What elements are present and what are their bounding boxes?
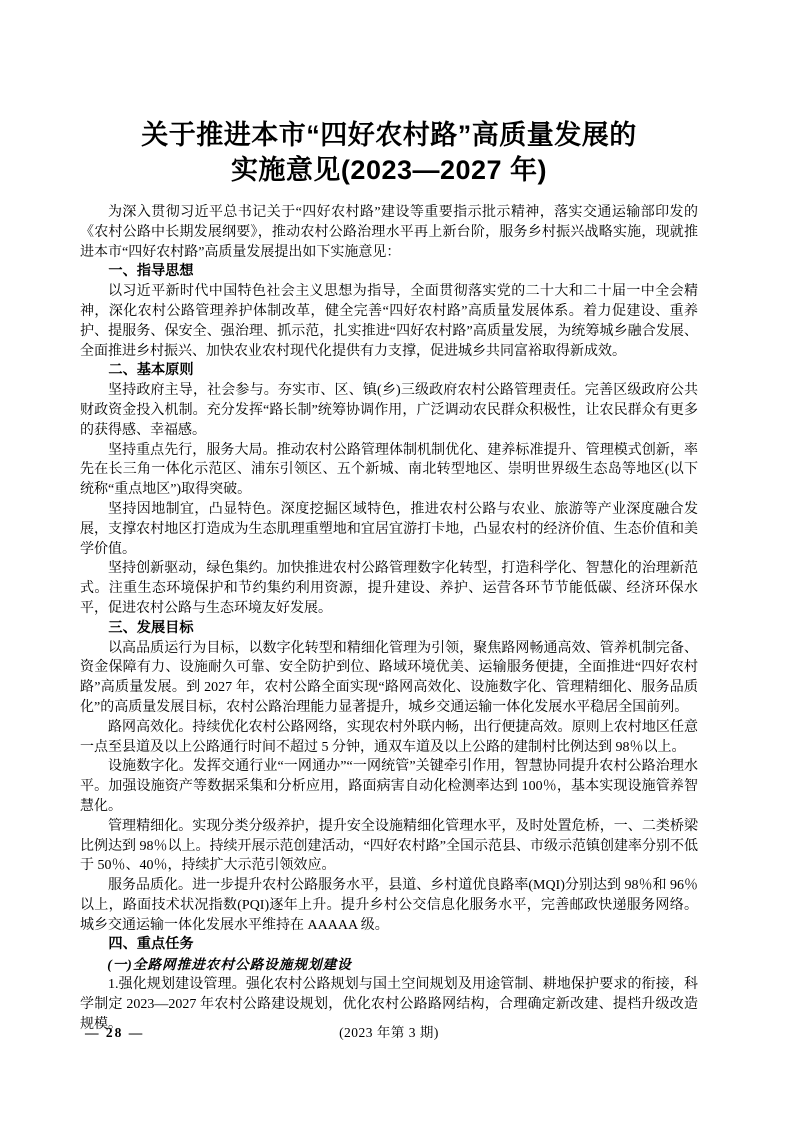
document-title-line1: 关于推进本市“四好农村路”高质量发展的 bbox=[80, 118, 698, 153]
paragraph-goal-network-efficiency: 路网高效化。持续优化农村公路网络，实现农村外联内畅，出行便捷高效。原则上农村地区… bbox=[80, 718, 698, 758]
paragraph-principle-key-priorities: 坚持重点先行，服务大局。推动农村公路管理体制机制优化、建养标准提升、管理模式创新… bbox=[80, 441, 698, 500]
document-body: 为深入贯彻习近平总书记关于“四好农村路”建设等重要指示批示精神，落实交通运输部印… bbox=[80, 203, 698, 1034]
paragraph-goal-refined-management: 管理精细化。实现分类分级养护，提升安全设施精细化管理水平，及时处置危桥，一、二类… bbox=[80, 817, 698, 876]
document-page: 关于推进本市“四好农村路”高质量发展的 实施意见(2023—2027 年) 为深… bbox=[80, 0, 698, 1034]
heading-key-tasks: 四、重点任务 bbox=[80, 935, 698, 955]
page-number: — 28 — bbox=[85, 1024, 144, 1042]
document-title-line2: 实施意见(2023—2027 年) bbox=[80, 153, 698, 188]
paragraph-goal-service-quality: 服务品质化。进一步提升农村公路服务水平，县道、乡村道优良路率(MQI)分别达到 … bbox=[80, 876, 698, 935]
paragraph-principle-government-led: 坚持政府主导，社会参与。夯实市、区、镇(乡)三级政府农村公路管理责任。完善区级政… bbox=[80, 381, 698, 440]
page-footer: — 28 — (2023 年第 3 期) bbox=[80, 1024, 698, 1042]
paragraph-goals-overview: 以高品质运行为目标，以数字化转型和精细化管理为引领，聚焦路网畅通高效、管养机制完… bbox=[80, 639, 698, 718]
heading-development-goals: 三、发展目标 bbox=[80, 619, 698, 639]
paragraph-principle-innovation-green: 坚持创新驱动，绿色集约。加快推进农村公路管理数字化转型，打造科学化、智慧化的治理… bbox=[80, 559, 698, 618]
paragraph-principle-local-features: 坚持因地制宜，凸显特色。深度挖掘区域特色，推进农村公路与农业、旅游等产业深度融合… bbox=[80, 500, 698, 559]
subheading-task-group-planning: (一)全路网推进农村公路设施规划建设 bbox=[80, 955, 698, 975]
document-title: 关于推进本市“四好农村路”高质量发展的 实施意见(2023—2027 年) bbox=[80, 0, 698, 188]
heading-guiding-ideology: 一、指导思想 bbox=[80, 262, 698, 282]
issue-label: (2023 年第 3 期) bbox=[80, 1024, 698, 1042]
paragraph-goal-facility-digitalization: 设施数字化。发挥交通行业“一网通办”“一网统管”关键牵引作用，智慧协同提升农村公… bbox=[80, 757, 698, 816]
paragraph-guiding-ideology: 以习近平新时代中国特色社会主义思想为指导，全面贯彻落实党的二十大和二十届一中全会… bbox=[80, 282, 698, 361]
heading-basic-principles: 二、基本原则 bbox=[80, 361, 698, 381]
intro-paragraph: 为深入贯彻习近平总书记关于“四好农村路”建设等重要指示批示精神，落实交通运输部印… bbox=[80, 203, 698, 262]
